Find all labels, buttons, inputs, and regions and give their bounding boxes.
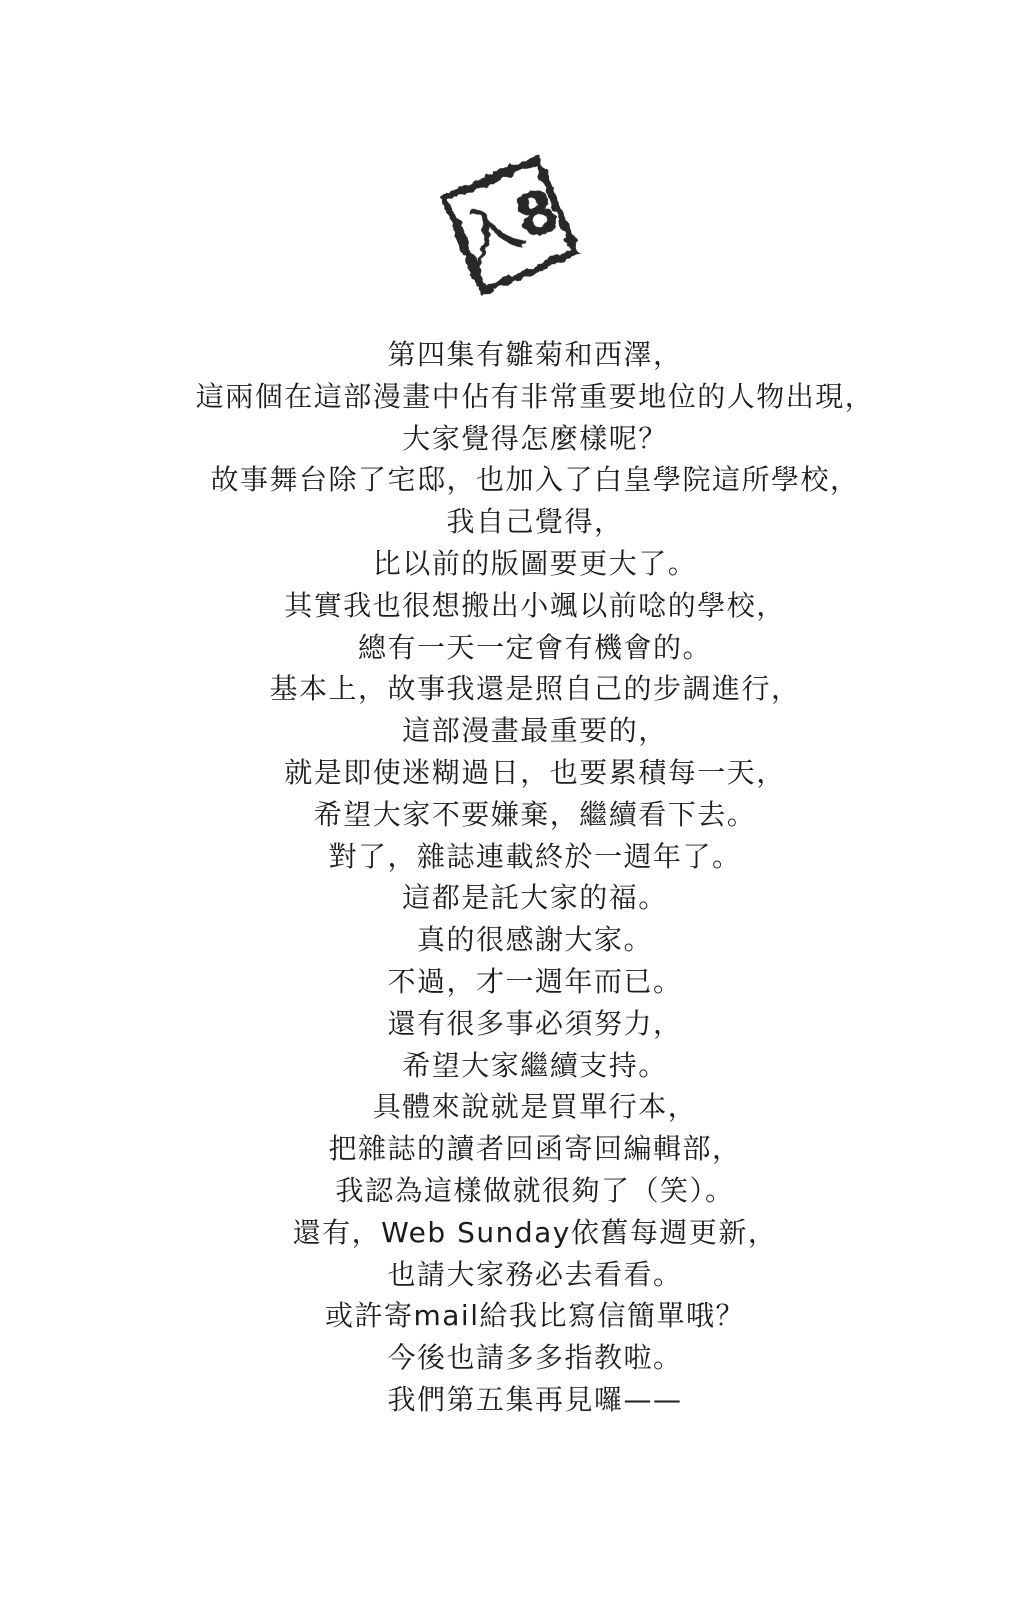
afterword-line: 我認為這樣做就很夠了（笑）。 bbox=[35, 1170, 1035, 1212]
afterword-line: 還有，Web Sunday依舊每週更新， bbox=[35, 1212, 1035, 1254]
afterword-line: 把雜誌的讀者回函寄回編輯部， bbox=[35, 1128, 1035, 1170]
afterword-line: 還有很多事必須努力， bbox=[35, 1003, 1035, 1045]
afterword-line: 大家覺得怎麼樣呢？ bbox=[35, 418, 1035, 460]
afterword-line: 今後也請多多指教啦。 bbox=[35, 1337, 1035, 1379]
afterword-line: 這都是託大家的福。 bbox=[35, 877, 1035, 919]
afterword-text-block: 第四集有雛菊和西澤， 這兩個在這部漫畫中佔有非常重要地位的人物出現， 大家覺得怎… bbox=[35, 334, 1035, 1421]
afterword-line: 不過，才一週年而已。 bbox=[35, 961, 1035, 1003]
afterword-line: 第四集有雛菊和西澤， bbox=[35, 334, 1035, 376]
afterword-line: 總有一天一定會有機會的。 bbox=[35, 627, 1035, 669]
author-ink-stamp: 入8 bbox=[413, 128, 607, 322]
afterword-line: 真的很感謝大家。 bbox=[35, 919, 1035, 961]
afterword-line: 或許寄mail給我比寫信簡單哦？ bbox=[35, 1295, 1035, 1337]
afterword-line: 這兩個在這部漫畫中佔有非常重要地位的人物出現， bbox=[35, 376, 1035, 418]
afterword-line: 我們第五集再見囉—— bbox=[35, 1379, 1035, 1421]
afterword-line: 基本上，故事我還是照自己的步調進行， bbox=[35, 668, 1035, 710]
manga-afterword-page: 入8 第四集有雛菊和西澤， 這兩個在這部漫畫中佔有非常重要地位的人物出現， 大家… bbox=[0, 0, 1036, 1600]
afterword-line: 其實我也很想搬出小颯以前唸的學校， bbox=[35, 585, 1035, 627]
afterword-line: 具體來說就是買單行本， bbox=[35, 1086, 1035, 1128]
afterword-line: 故事舞台除了宅邸，也加入了白皇學院這所學校， bbox=[35, 459, 1035, 501]
afterword-line: 就是即使迷糊過日，也要累積每一天， bbox=[35, 752, 1035, 794]
afterword-line: 也請大家務必去看看。 bbox=[35, 1254, 1035, 1296]
afterword-line: 對了，雜誌連載終於一週年了。 bbox=[35, 836, 1035, 878]
afterword-line: 希望大家不要嫌棄，繼續看下去。 bbox=[35, 794, 1035, 836]
afterword-line: 比以前的版圖要更大了。 bbox=[35, 543, 1035, 585]
stamp-icon: 入8 bbox=[413, 128, 607, 322]
afterword-line: 希望大家繼續支持。 bbox=[35, 1045, 1035, 1087]
afterword-line: 這部漫畫最重要的， bbox=[35, 710, 1035, 752]
afterword-line: 我自己覺得， bbox=[35, 501, 1035, 543]
